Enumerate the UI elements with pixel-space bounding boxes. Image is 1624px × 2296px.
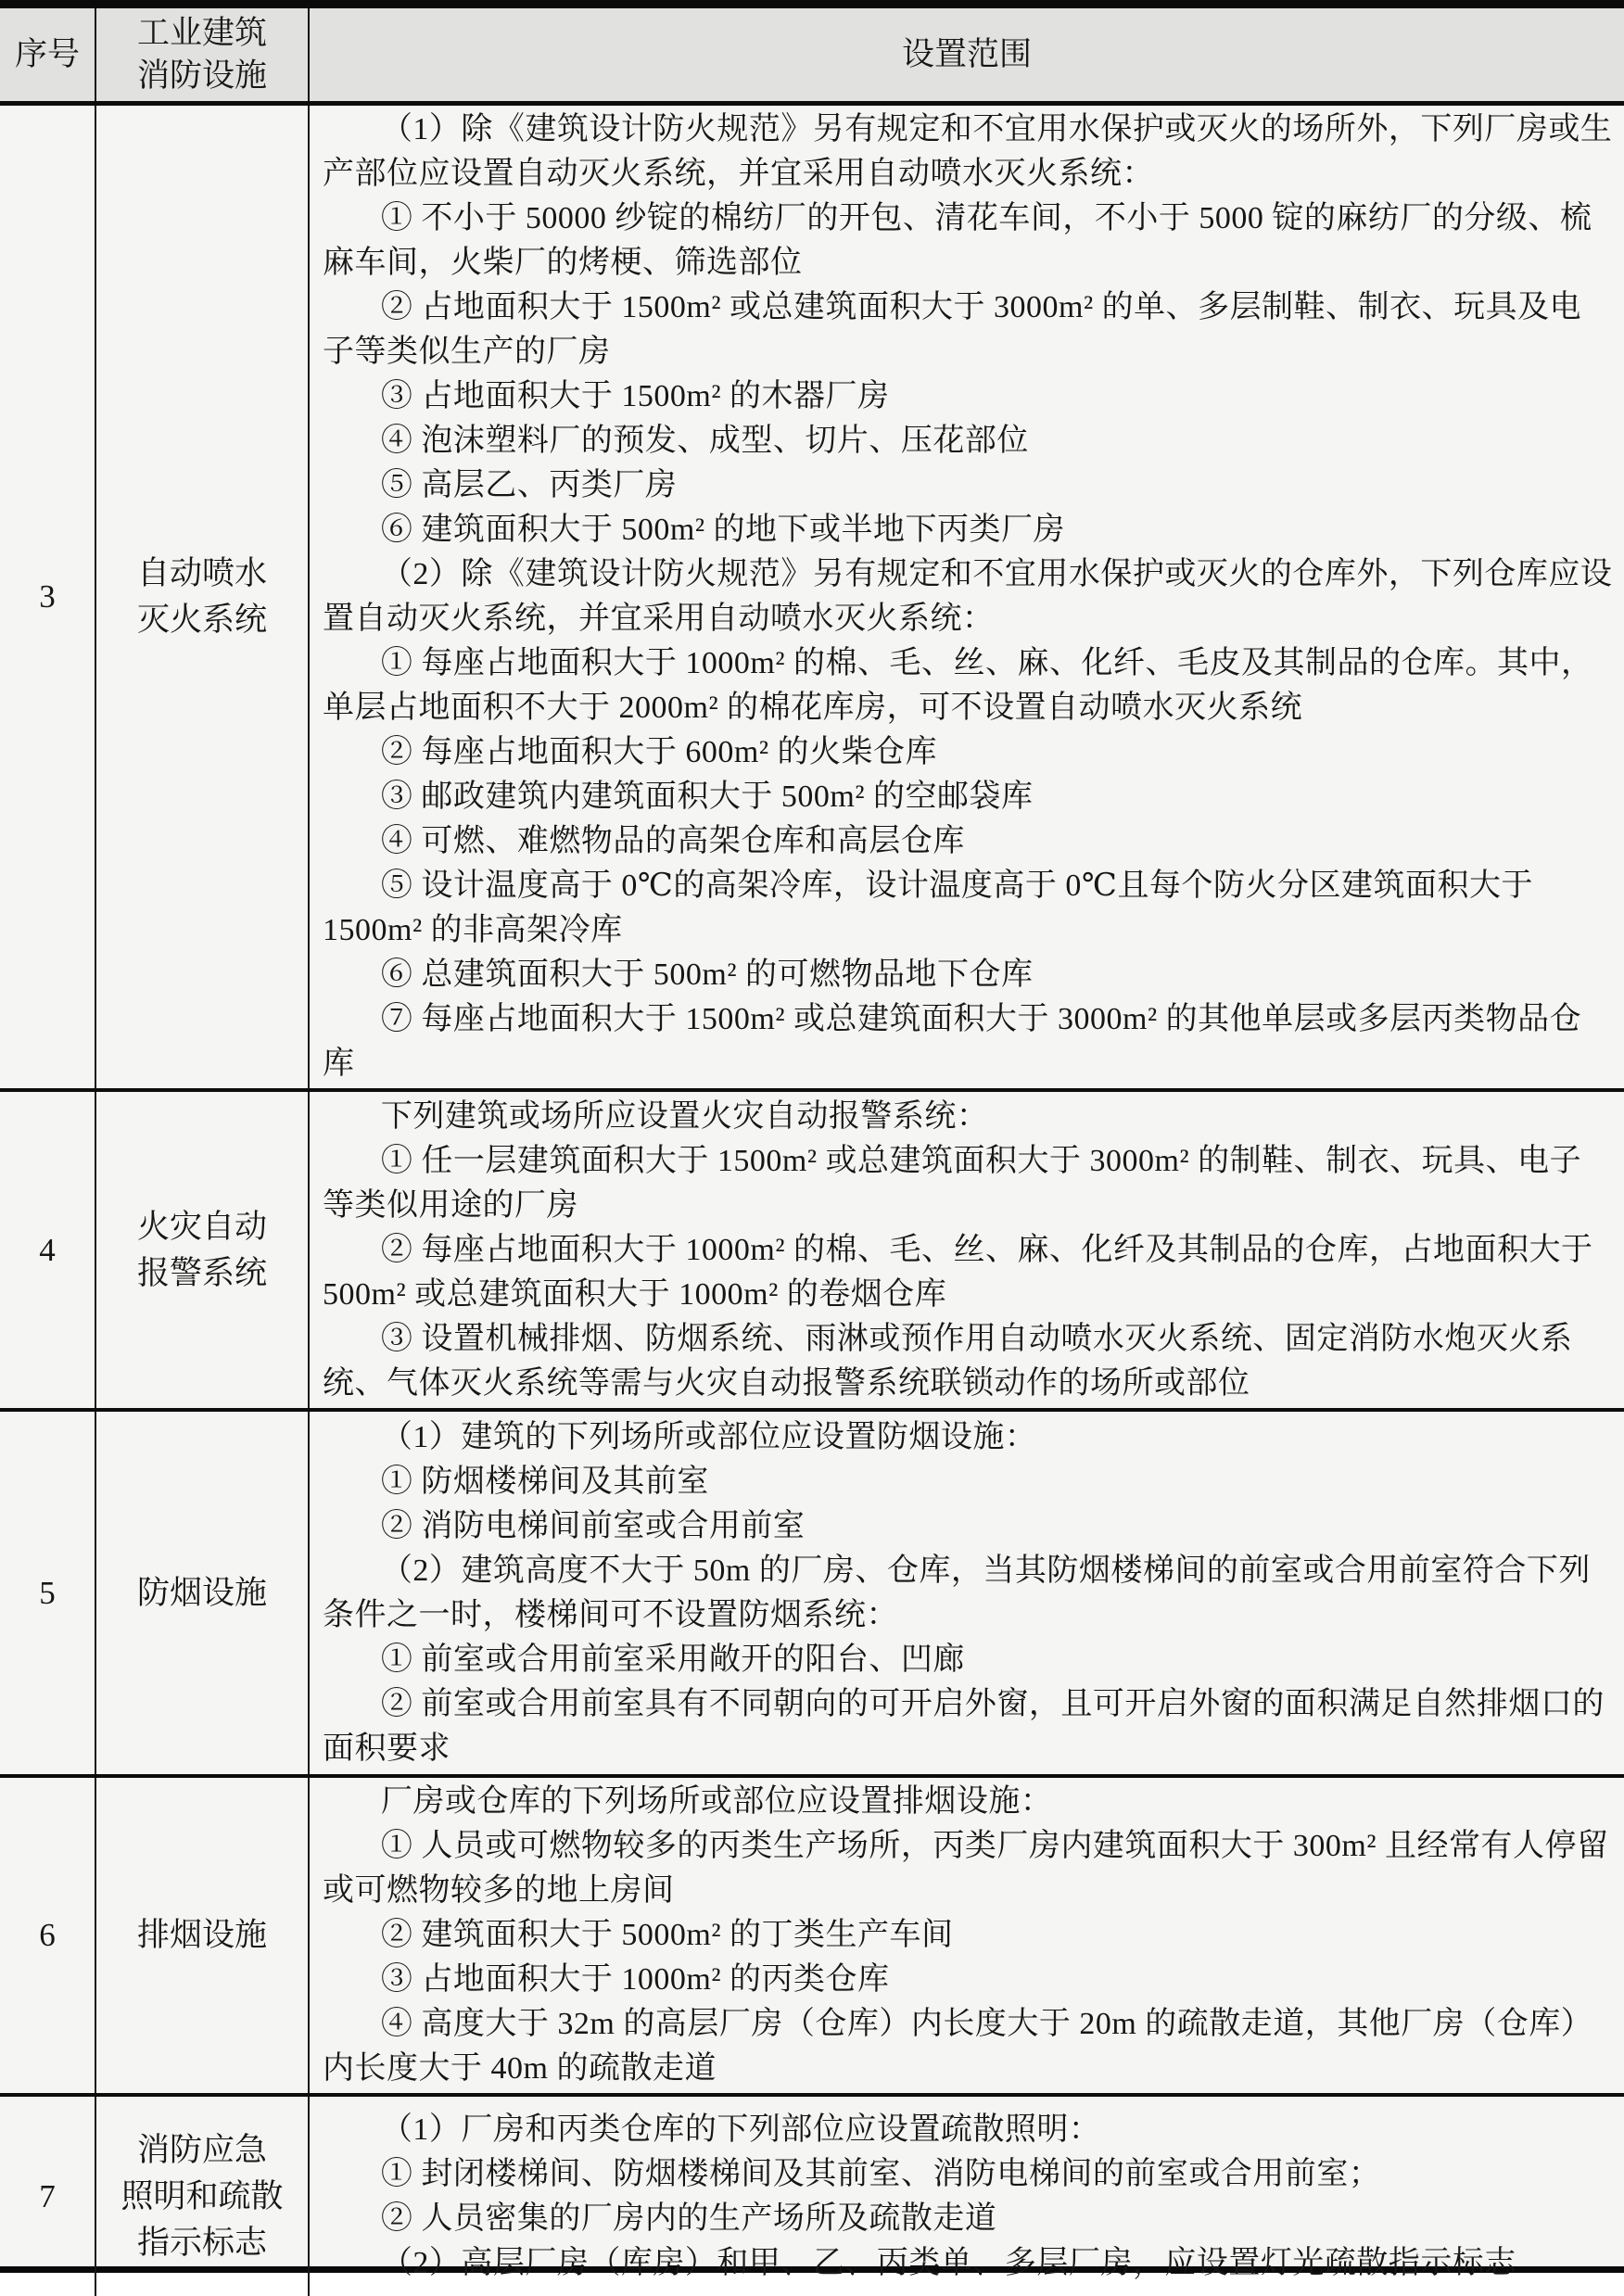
header-range: 设置范围 <box>309 8 1624 104</box>
range-paragraph: ⑤ 设计温度高于 0℃的高架冷库，设计温度高于 0℃且每个防火分区建筑面积大于 … <box>323 864 1613 953</box>
range-cell: 厂房或仓库的下列场所或部位应设置排烟设施： ① 人员或可燃物较多的丙类生产场所，… <box>309 1776 1624 2095</box>
range-paragraph: （2）建筑高度不大于 50m 的厂房、仓库，当其防烟楼梯间的前室或合用前室符合下… <box>323 1549 1613 1638</box>
table-row: 6 排烟设施 厂房或仓库的下列场所或部位应设置排烟设施： ① 人员或可燃物较多的… <box>0 1776 1624 2095</box>
range-paragraph: ⑦ 每座占地面积大于 1500m² 或总建筑面积大于 3000m² 的其他单层或… <box>323 997 1613 1086</box>
facility-cell: 火灾自动 报警系统 <box>95 1090 309 1410</box>
range-paragraph: ③ 邮政建筑内建筑面积大于 500m² 的空邮袋库 <box>323 775 1613 819</box>
header-facility: 工业建筑 消防设施 <box>95 8 309 104</box>
facility-cell: 消防应急 照明和疏散 指示标志 <box>95 2095 309 2296</box>
range-paragraph: 厂房或仓库的下列场所或部位应设置排烟设施： <box>323 1780 1613 1824</box>
range-paragraph: （1）厂房和丙类仓库的下列部位应设置疏散照明： <box>323 2108 1613 2152</box>
range-paragraph: ① 人员或可燃物较多的丙类生产场所，丙类厂房内建筑面积大于 300m² 且经常有… <box>323 1824 1613 1913</box>
serial-cell: 7 <box>0 2095 95 2296</box>
serial-cell: 6 <box>0 1776 95 2095</box>
header-serial: 序号 <box>0 8 95 104</box>
range-paragraph: 下列建筑或场所应设置火灾自动报警系统： <box>323 1095 1613 1139</box>
facility-cell: 排烟设施 <box>95 1776 309 2095</box>
range-cell: （1）厂房和丙类仓库的下列部位应设置疏散照明： ① 封闭楼梯间、防烟楼梯间及其前… <box>309 2095 1624 2296</box>
facility-cell: 自动喷水 灭火系统 <box>95 104 309 1091</box>
table-row: 5 防烟设施 （1）建筑的下列场所或部位应设置防烟设施： ① 防烟楼梯间及其前室… <box>0 1410 1624 1776</box>
range-paragraph: ② 每座占地面积大于 600m² 的火柴仓库 <box>323 730 1613 775</box>
range-paragraph: ⑥ 总建筑面积大于 500m² 的可燃物品地下仓库 <box>323 953 1613 997</box>
table-row: 3 自动喷水 灭火系统 （1）除《建筑设计防火规范》另有规定和不宜用水保护或灭火… <box>0 104 1624 1091</box>
table-row: 7 消防应急 照明和疏散 指示标志 （1）厂房和丙类仓库的下列部位应设置疏散照明… <box>0 2095 1624 2296</box>
facility-cell: 防烟设施 <box>95 1410 309 1776</box>
range-cell: （1）除《建筑设计防火规范》另有规定和不宜用水保护或灭火的场所外，下列厂房或生产… <box>309 104 1624 1091</box>
range-paragraph: ② 前室或合用前室具有不同朝向的可开启外窗，且可开启外窗的面积满足自然排烟口的面… <box>323 1682 1613 1771</box>
serial-cell: 4 <box>0 1090 95 1410</box>
range-paragraph: ② 每座占地面积大于 1000m² 的棉、毛、丝、麻、化纤及其制品的仓库，占地面… <box>323 1228 1613 1317</box>
range-paragraph: ② 建筑面积大于 5000m² 的丁类生产车间 <box>323 1913 1613 1958</box>
range-paragraph: ② 人员密集的厂房内的生产场所及疏散走道 <box>323 2197 1613 2241</box>
range-paragraph: ④ 高度大于 32m 的高层厂房（仓库）内长度大于 20m 的疏散走道，其他厂房… <box>323 2002 1613 2091</box>
range-paragraph: （1）建筑的下列场所或部位应设置防烟设施： <box>323 1415 1613 1460</box>
range-paragraph: （2）除《建筑设计防火规范》另有规定和不宜用水保护或灭火的仓库外，下列仓库应设置… <box>323 552 1613 641</box>
range-paragraph: （1）除《建筑设计防火规范》另有规定和不宜用水保护或灭火的场所外，下列厂房或生产… <box>323 108 1613 197</box>
range-cell: 下列建筑或场所应设置火灾自动报警系统： ① 任一层建筑面积大于 1500m² 或… <box>309 1090 1624 1410</box>
range-paragraph: ③ 占地面积大于 1000m² 的丙类仓库 <box>323 1958 1613 2002</box>
range-paragraph: ① 任一层建筑面积大于 1500m² 或总建筑面积大于 3000m² 的制鞋、制… <box>323 1139 1613 1228</box>
range-paragraph: ② 消防电梯间前室或合用前室 <box>323 1504 1613 1549</box>
range-paragraph: ⑥ 建筑面积大于 500m² 的地下或半地下丙类厂房 <box>323 508 1613 552</box>
range-paragraph: ③ 占地面积大于 1500m² 的木器厂房 <box>323 374 1613 419</box>
fire-facilities-table: 序号 工业建筑 消防设施 设置范围 3 自动喷水 灭火系统 （1）除《建筑设计防… <box>0 8 1624 2296</box>
range-paragraph: ② 占地面积大于 1500m² 或总建筑面积大于 3000m² 的单、多层制鞋、… <box>323 285 1613 374</box>
range-paragraph: ① 每座占地面积大于 1000m² 的棉、毛、丝、麻、化纤、毛皮及其制品的仓库。… <box>323 641 1613 730</box>
serial-cell: 3 <box>0 104 95 1091</box>
range-paragraph: ① 防烟楼梯间及其前室 <box>323 1460 1613 1504</box>
range-paragraph: ⑤ 高层乙、丙类厂房 <box>323 463 1613 508</box>
table-row: 4 火灾自动 报警系统 下列建筑或场所应设置火灾自动报警系统： ① 任一层建筑面… <box>0 1090 1624 1410</box>
scanned-document-page: 序号 工业建筑 消防设施 设置范围 3 自动喷水 灭火系统 （1）除《建筑设计防… <box>0 0 1624 2273</box>
range-paragraph: （2）高层厂房（库房）和甲、乙、丙类单、多层厂房，应设置灯光疏散指示标志 <box>323 2241 1613 2286</box>
header-row: 序号 工业建筑 消防设施 设置范围 <box>0 8 1624 104</box>
range-paragraph: ③ 设置机械排烟、防烟系统、雨淋或预作用自动喷水灭火系统、固定消防水炮灭火系统、… <box>323 1317 1613 1406</box>
range-paragraph: ① 封闭楼梯间、防烟楼梯间及其前室、消防电梯间的前室或合用前室； <box>323 2152 1613 2197</box>
range-paragraph: ① 前室或合用前室采用敞开的阳台、凹廊 <box>323 1638 1613 1682</box>
range-paragraph: ① 不小于 50000 纱锭的棉纺厂的开包、清花车间，不小于 5000 锭的麻纺… <box>323 197 1613 285</box>
range-cell: （1）建筑的下列场所或部位应设置防烟设施： ① 防烟楼梯间及其前室 ② 消防电梯… <box>309 1410 1624 1776</box>
range-paragraph: ④ 泡沫塑料厂的预发、成型、切片、压花部位 <box>323 419 1613 463</box>
range-paragraph: ④ 可燃、难燃物品的高架仓库和高层仓库 <box>323 819 1613 864</box>
serial-cell: 5 <box>0 1410 95 1776</box>
